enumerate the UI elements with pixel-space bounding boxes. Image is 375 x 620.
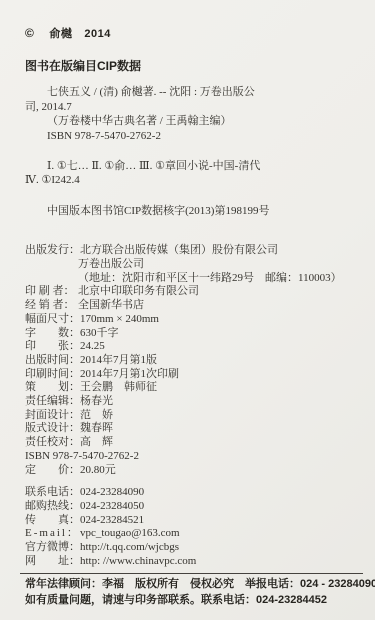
colophon-value: 北方联合出版传媒（集团）股份有限公司	[80, 244, 278, 256]
colophon-value: 杨春光	[80, 395, 113, 407]
copyright-page: ©俞樾2014 图书在版编目CIP数据 七侠五义 / (清) 俞樾著. -- 沈…	[0, 0, 375, 620]
colophon-value: 万卷出版公司	[78, 258, 144, 270]
colophon-value: 范 娇	[80, 409, 113, 421]
colophon-label: 出版发行：	[25, 244, 80, 258]
colophon-value: 2014年7月第1次印刷	[80, 368, 179, 380]
colophon-row-cover-design: 封面设计：范 娇	[25, 409, 363, 423]
colophon-value: 北京中印联印务有限公司	[78, 285, 199, 297]
colophon-label: 印 张：	[25, 340, 80, 354]
colophon-label: 封面设计：	[25, 409, 80, 423]
cip-block: 七侠五义 / (清) 俞樾著. -- 沈阳 : 万卷出版公 司, 2014.7 …	[25, 85, 363, 188]
copyright-symbol: ©	[25, 26, 34, 40]
colophon-row-publisher-cont: 万卷出版公司	[25, 258, 363, 272]
colophon-label: 定 价：	[25, 464, 80, 478]
colophon-row-pub-date: 出版时间：2014年7月第1版	[25, 354, 363, 368]
contact-value: 024-23284050	[80, 500, 144, 512]
colophon-label: 责任编辑：	[25, 395, 80, 409]
cip-line-classification: Ⅰ. ①七… Ⅱ. ①俞… Ⅲ. ①章回小说-中国-清代	[25, 159, 363, 174]
colophon-label: 幅面尺寸：	[25, 313, 80, 327]
contact-value: 024-23284521	[80, 514, 144, 526]
colophon-row-planner: 策 划：王会鹏 韩师征	[25, 381, 363, 395]
contact-value: vpc_tougao@163.com	[80, 527, 180, 539]
contact-label: 邮购热线：	[25, 500, 80, 514]
colophon-row-editor: 责任编辑：杨春光	[25, 395, 363, 409]
divider-rule	[20, 573, 363, 574]
colophon-row-word-count: 字 数：630千字	[25, 327, 363, 341]
colophon-value: 全国新华书店	[78, 299, 144, 311]
colophon-value: 20.80元	[80, 464, 116, 476]
colophon-value: （地址：沈阳市和平区十一纬路29号 邮编：110003）	[78, 272, 342, 284]
contact-row-email: E-mail：vpc_tougao@163.com	[25, 527, 363, 541]
contact-value: http://t.qq.com/wjcbgs	[80, 541, 179, 553]
colophon-row-publisher: 出版发行：北方联合出版传媒（集团）股份有限公司	[25, 244, 363, 258]
colophon-row-distributor: 经 销 者：全国新华书店	[25, 299, 363, 313]
cip-line-series: （万卷楼中华古典名著 / 王禹翰主编）	[25, 114, 363, 129]
legal-line-2: 如有质量问题，请速与印务部联系。联系电话：024-23284452	[25, 593, 363, 609]
colophon-value: 630千字	[80, 327, 119, 339]
colophon-value: 170mm × 240mm	[80, 313, 159, 325]
colophon-value: 高 辉	[80, 436, 113, 448]
copyright-holder: 俞樾	[49, 28, 72, 40]
contact-row-mail-order: 邮购热线：024-23284050	[25, 500, 363, 514]
contact-label: 网 址：	[25, 555, 80, 569]
cip-line-isbn: ISBN 978-7-5470-2762-2	[25, 129, 363, 144]
colophon-row-size: 幅面尺寸：170mm × 240mm	[25, 313, 363, 327]
colophon-label: 责任校对：	[25, 436, 80, 450]
cip-heading: 图书在版编目CIP数据	[25, 59, 363, 74]
contact-label: 官方微博：	[25, 541, 80, 555]
contact-row-phone: 联系电话：024-23284090	[25, 486, 363, 500]
contact-value: 024-23284090	[80, 486, 144, 498]
contact-label: 传 真：	[25, 514, 80, 528]
colophon-row-address: （地址：沈阳市和平区十一纬路29号 邮编：110003）	[25, 272, 363, 286]
colophon-label: 经 销 者：	[25, 299, 78, 313]
colophon-row-sheets: 印 张：24.25	[25, 340, 363, 354]
copyright-year: 2014	[84, 28, 110, 40]
colophon-value: 2014年7月第1版	[80, 354, 157, 366]
contacts-block: 联系电话：024-23284090 邮购热线：024-23284050 传 真：…	[25, 486, 363, 568]
colophon-value: ISBN 978-7-5470-2762-2	[25, 450, 139, 462]
colophon-row-printer: 印 刷 者：北京中印联印务有限公司	[25, 285, 363, 299]
cip-line-class-number: Ⅳ. ①I242.4	[25, 173, 363, 188]
contact-value: http: //www.chinavpc.com	[80, 555, 196, 567]
colophon-block: 出版发行：北方联合出版传媒（集团）股份有限公司 万卷出版公司 （地址：沈阳市和平…	[25, 244, 363, 477]
cip-record-number: 中国版本图书馆CIP数据核字(2013)第198199号	[25, 204, 363, 219]
colophon-row-isbn: ISBN 978-7-5470-2762-2	[25, 450, 363, 464]
cip-line-title-cont: 司, 2014.7	[25, 100, 363, 115]
contact-row-fax: 传 真：024-23284521	[25, 514, 363, 528]
contact-label: 联系电话：	[25, 486, 80, 500]
contact-row-website: 网 址：http: //www.chinavpc.com	[25, 555, 363, 569]
colophon-row-print-date: 印刷时间：2014年7月第1次印刷	[25, 368, 363, 382]
colophon-row-layout-design: 版式设计：魏春晖	[25, 422, 363, 436]
colophon-label: 印 刷 者：	[25, 285, 78, 299]
legal-line-1: 常年法律顾问：李福 版权所有 侵权必究 举报电话：024 - 23284090	[25, 577, 363, 593]
contact-label: E-mail：	[25, 527, 80, 541]
contact-row-weibo: 官方微博：http://t.qq.com/wjcbgs	[25, 541, 363, 555]
colophon-label: 版式设计：	[25, 422, 80, 436]
colophon-label: 出版时间：	[25, 354, 80, 368]
colophon-label: 字 数：	[25, 327, 80, 341]
colophon-value: 王会鹏 韩师征	[80, 381, 157, 393]
colophon-row-price: 定 价：20.80元	[25, 464, 363, 478]
colophon-label: 印刷时间：	[25, 368, 80, 382]
colophon-value: 魏春晖	[80, 422, 113, 434]
colophon-row-proofreader: 责任校对：高 辉	[25, 436, 363, 450]
copyright-line: ©俞樾2014	[25, 26, 363, 42]
cip-line-title: 七侠五义 / (清) 俞樾著. -- 沈阳 : 万卷出版公	[25, 85, 363, 100]
colophon-label: 策 划：	[25, 381, 80, 395]
colophon-value: 24.25	[80, 340, 105, 352]
